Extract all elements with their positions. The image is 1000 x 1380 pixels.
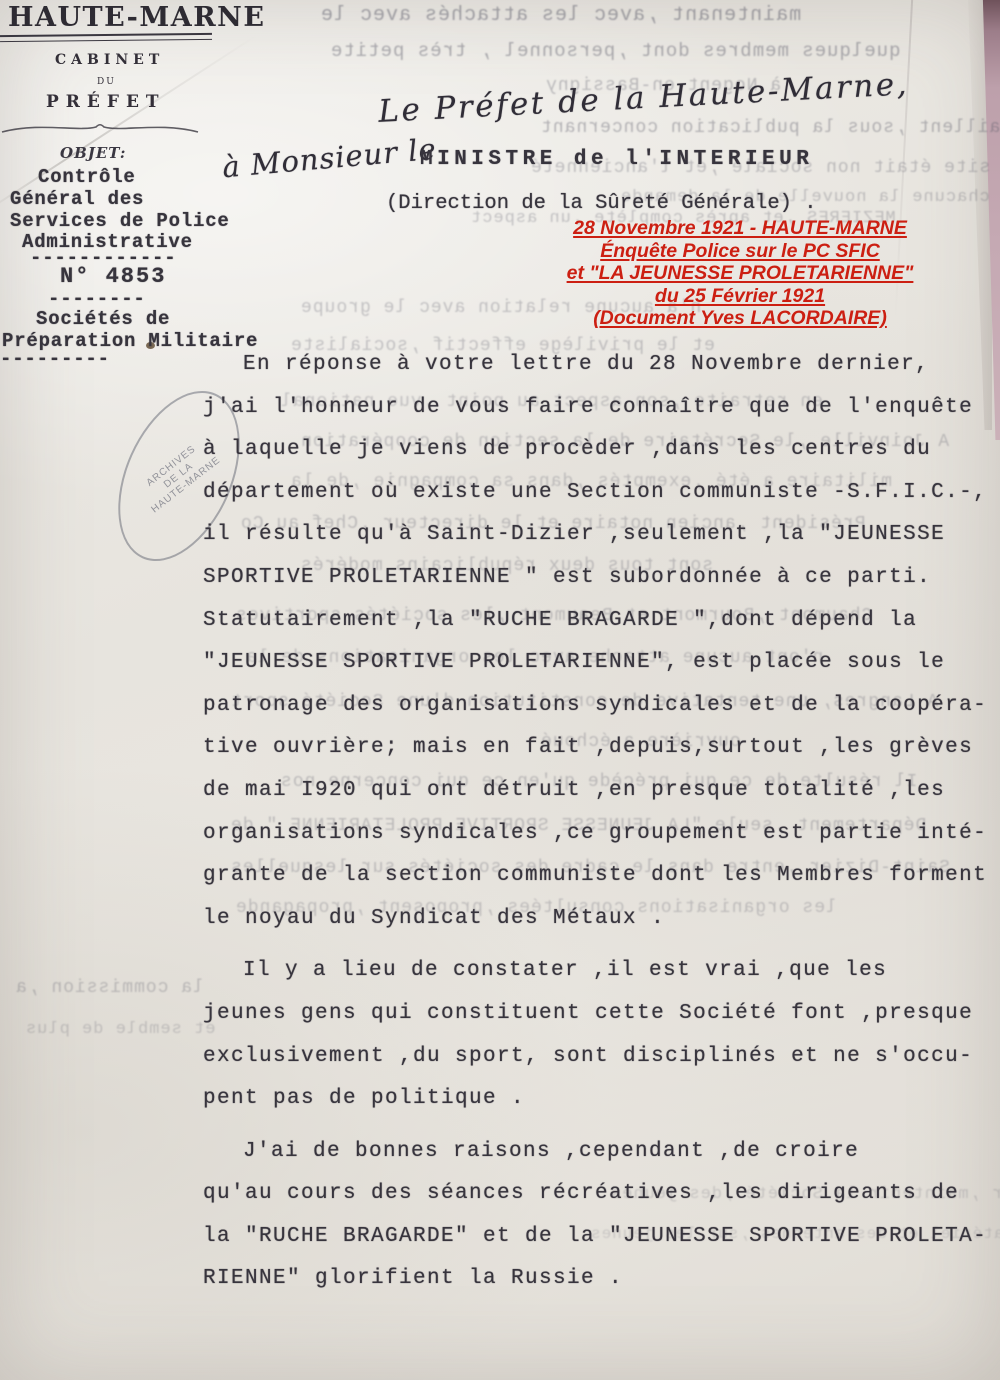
objet-line: Services de Police <box>10 210 230 232</box>
body-line: Statutairement ,la "RUCHE BRAGARDE ",don… <box>203 600 1000 643</box>
body-line: En réponse à votre lettre du 28 Novembre… <box>203 344 1000 387</box>
letterhead-cabinet: CABINET <box>55 52 164 68</box>
bracket-ornament <box>0 120 200 136</box>
letter-paper: maintenant ,avec les attachés avec le qu… <box>0 0 1000 1380</box>
bleedthrough-text: maintenant ,avec les attachés avec le <box>320 4 801 27</box>
body-line: la "RUCHE BRAGARDE" et de la "JEUNESSE S… <box>203 1216 1000 1259</box>
paragraph: J'ai de bonnes raisons ,cependant ,de cr… <box>203 1131 1000 1301</box>
letterhead-prefet: PRÉFET <box>46 92 166 112</box>
letterhead-department: HAUTE-MARNE <box>8 2 265 33</box>
objet-label: OBJET: <box>60 144 126 162</box>
body-line: patronage des organisations syndicales e… <box>203 685 1000 728</box>
bleedthrough-text: et semble de plus <box>25 1020 215 1039</box>
body-line: j'ai l'honneur de vous faire connaître q… <box>203 387 1000 430</box>
body-line: RIENNE" glorifient la Russie . <box>203 1258 1000 1301</box>
direction-line: (Direction de la Sûreté Générale) . <box>386 192 817 215</box>
annotation-line: Énquête Police sur le PC SFIC <box>500 240 980 263</box>
body-line: jeunes gens qui constituent cette Sociét… <box>203 993 1000 1036</box>
body-line: de mai I920 qui ont détruit ,en presque … <box>203 770 1000 813</box>
double-rule <box>0 33 212 42</box>
dashed-rule: -------- <box>48 288 146 310</box>
recipient-title: MINISTRE de l'INTERIEUR <box>420 148 813 171</box>
reference-number: N° 4853 <box>60 264 166 289</box>
annotation-line: du 25 Février 1921 <box>500 285 980 308</box>
body-line: organisations syndicales ,ce groupement … <box>203 813 1000 856</box>
bleedthrough-text: retaillent ,sous la publication concerna… <box>540 118 1000 138</box>
paragraph: En réponse à votre lettre du 28 Novembre… <box>203 344 1000 940</box>
annotation-line: (Document Yves LACORDAIRE) <box>500 307 980 330</box>
paragraph: Il y a lieu de constater ,il est vrai ,q… <box>203 950 1000 1120</box>
bleedthrough-text: quelques membres dont ,personnel , très … <box>330 40 901 62</box>
red-annotation-block: 28 Novembre 1921 - HAUTE-MARNE Énquête P… <box>500 217 980 330</box>
body-line: grante de la section communiste dont les… <box>203 855 1000 898</box>
body-line: Il y a lieu de constater ,il est vrai ,q… <box>203 950 1000 993</box>
annotation-line: 28 Novembre 1921 - HAUTE-MARNE <box>500 217 980 240</box>
body-line: il résulte qu'à Saint-Dizier ,seulement … <box>203 514 1000 557</box>
objet-line: Contrôle <box>38 166 136 188</box>
body-line: J'ai de bonnes raisons ,cependant ,de cr… <box>203 1131 1000 1174</box>
body-line: tive ouvrière; mais en fait ,depuis,surt… <box>203 727 1000 770</box>
body-line: "JEUNESSE SPORTIVE PROLETARIENNE", est p… <box>203 642 1000 685</box>
recipient-script-line: à Monsieur le <box>221 132 438 185</box>
bleedthrough-text: la commission ,a <box>15 978 204 998</box>
body-line: exclusivement ,du sport, sont discipliné… <box>203 1036 1000 1079</box>
letterhead-du: DU <box>97 77 116 87</box>
body-line: département où existe une Section commun… <box>203 472 1000 515</box>
subject-line: Sociétés de <box>36 308 170 330</box>
body-line: à laquelle je viens de procèder ,dans le… <box>203 429 1000 472</box>
body-line: SPORTIVE PROLETARIENNE " est subordonnée… <box>203 557 1000 600</box>
photographed-document: maintenant ,avec les attachés avec le qu… <box>0 0 1000 1380</box>
letter-body: En réponse à votre lettre du 28 Novembre… <box>203 344 1000 1301</box>
body-line: pent pas de politique . <box>203 1078 1000 1121</box>
body-line: qu'au cours des séances récréatives ,les… <box>203 1173 1000 1216</box>
annotation-line: et "LA JEUNESSE PROLETARIENNE" <box>500 262 980 285</box>
body-line: le noyau du Syndicat des Métaux . <box>203 898 1000 941</box>
objet-line: Général des <box>10 188 144 210</box>
dashed-rule: --------- <box>0 348 110 370</box>
